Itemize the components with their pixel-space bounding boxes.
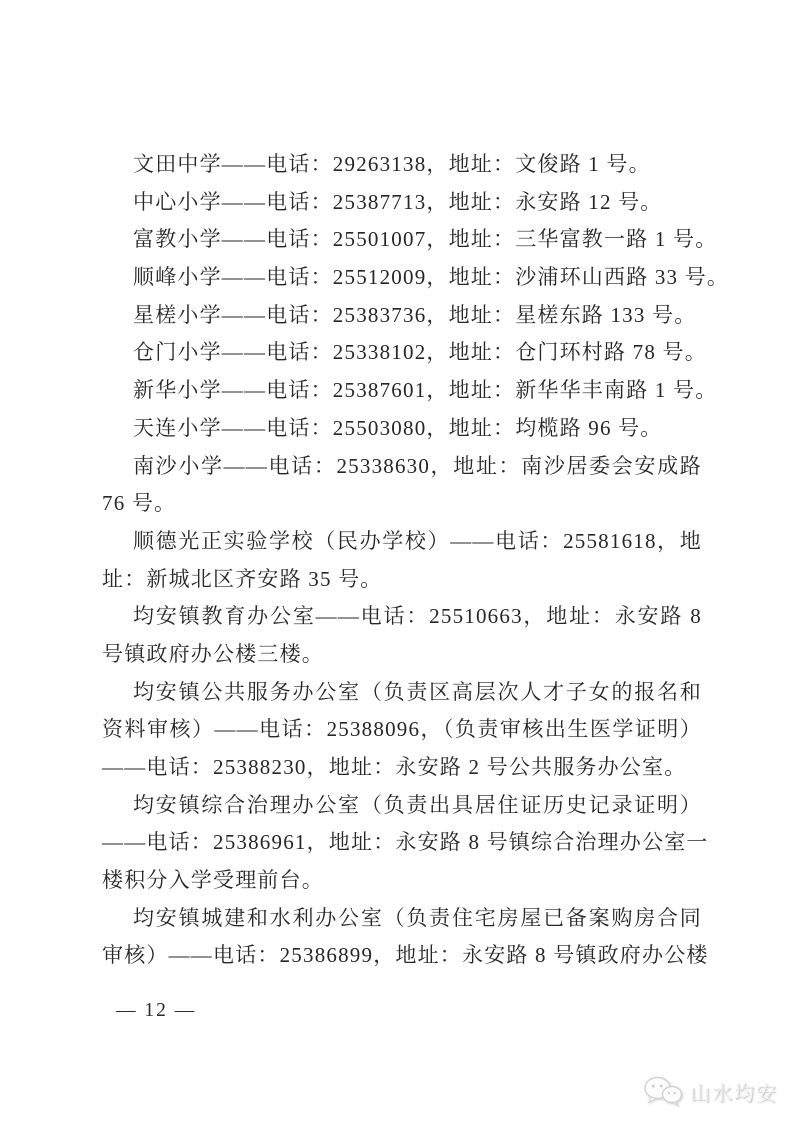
wechat-icon [643,1076,683,1106]
paragraph: 顺峰小学——电话：25512009，地址：沙浦环山西路 33 号。 [102,259,702,297]
paragraph: 星槎小学——电话：25383736，地址：星槎东路 133 号。 [102,297,702,335]
paragraph: 均安镇教育办公室——电话：25510663，地址：永安路 8 号镇政府办公楼三楼… [102,598,702,673]
paragraph: 顺德光正实验学校（民办学校）——电话：25581618，地 址：新城北区齐安路 … [102,523,702,598]
paragraph: 富教小学——电话：25501007，地址：三华富教一路 1 号。 [102,221,702,259]
document-line: 均安镇城建和水利办公室（负责住宅房屋已备案购房合同 [102,900,702,938]
document-line: 均安镇综合治理办公室（负责出具居住证历史记录证明） [102,787,702,825]
watermark: 山水均安 [643,1076,778,1106]
document-line: 新华小学——电话：25387601，地址：新华华丰南路 1 号。 [102,372,702,410]
document-body: 文田中学——电话：29263138，地址：文俊路 1 号。 中心小学——电话：2… [102,146,702,975]
document-line: 文田中学——电话：29263138，地址：文俊路 1 号。 [102,146,702,184]
document-line: 南沙小学——电话：25338630，地址：南沙居委会安成路 [102,448,702,486]
document-line: 均安镇公共服务办公室（负责区高层次人才子女的报名和 [102,674,702,712]
document-line: 天连小学——电话：25503080，地址：均榄路 96 号。 [102,410,702,448]
paragraph: 均安镇城建和水利办公室（负责住宅房屋已备案购房合同 审核）——电话：253868… [102,900,702,975]
paragraph: 天连小学——电话：25503080，地址：均榄路 96 号。 [102,410,702,448]
document-line: 星槎小学——电话：25383736，地址：星槎东路 133 号。 [102,297,702,335]
document-line: 审核）——电话：25386899，地址：永安路 8 号镇政府办公楼 [102,937,702,975]
document-line: 楼积分入学受理前台。 [102,862,702,900]
watermark-label: 山水均安 [690,1077,778,1106]
document-line: 仓门小学——电话：25338102，地址：仓门环村路 78 号。 [102,334,702,372]
document-line: ——电话：25386961，地址：永安路 8 号镇综合治理办公室一 [102,824,702,862]
paragraph: 南沙小学——电话：25338630，地址：南沙居委会安成路 76 号。 [102,448,702,523]
document-line: 资料审核）——电话：25388096，（负责审核出生医学证明） [102,711,702,749]
document-line: 顺德光正实验学校（民办学校）——电话：25581618，地 [102,523,702,561]
document-line: 富教小学——电话：25501007，地址：三华富教一路 1 号。 [102,221,702,259]
page-number: — 12 — [116,1000,196,1022]
paragraph: 仓门小学——电话：25338102，地址：仓门环村路 78 号。 [102,334,702,372]
document-line: ——电话：25388230，地址：永安路 2 号公共服务办公室。 [102,749,702,787]
document-line: 址：新城北区齐安路 35 号。 [102,561,702,599]
document-line: 顺峰小学——电话：25512009，地址：沙浦环山西路 33 号。 [102,259,702,297]
document-line: 号镇政府办公楼三楼。 [102,636,702,674]
paragraph: 中心小学——电话：25387713，地址：永安路 12 号。 [102,184,702,222]
document-line: 76 号。 [102,485,702,523]
document-page: { "page": { "footer": { "page_number": "… [0,0,800,1131]
paragraph: 均安镇公共服务办公室（负责区高层次人才子女的报名和 资料审核）——电话：2538… [102,674,702,787]
paragraph: 均安镇综合治理办公室（负责出具居住证历史记录证明） ——电话：25386961，… [102,787,702,900]
document-line: 均安镇教育办公室——电话：25510663，地址：永安路 8 [102,598,702,636]
paragraph: 文田中学——电话：29263138，地址：文俊路 1 号。 [102,146,702,184]
document-line: 中心小学——电话：25387713，地址：永安路 12 号。 [102,184,702,222]
paragraph: 新华小学——电话：25387601，地址：新华华丰南路 1 号。 [102,372,702,410]
